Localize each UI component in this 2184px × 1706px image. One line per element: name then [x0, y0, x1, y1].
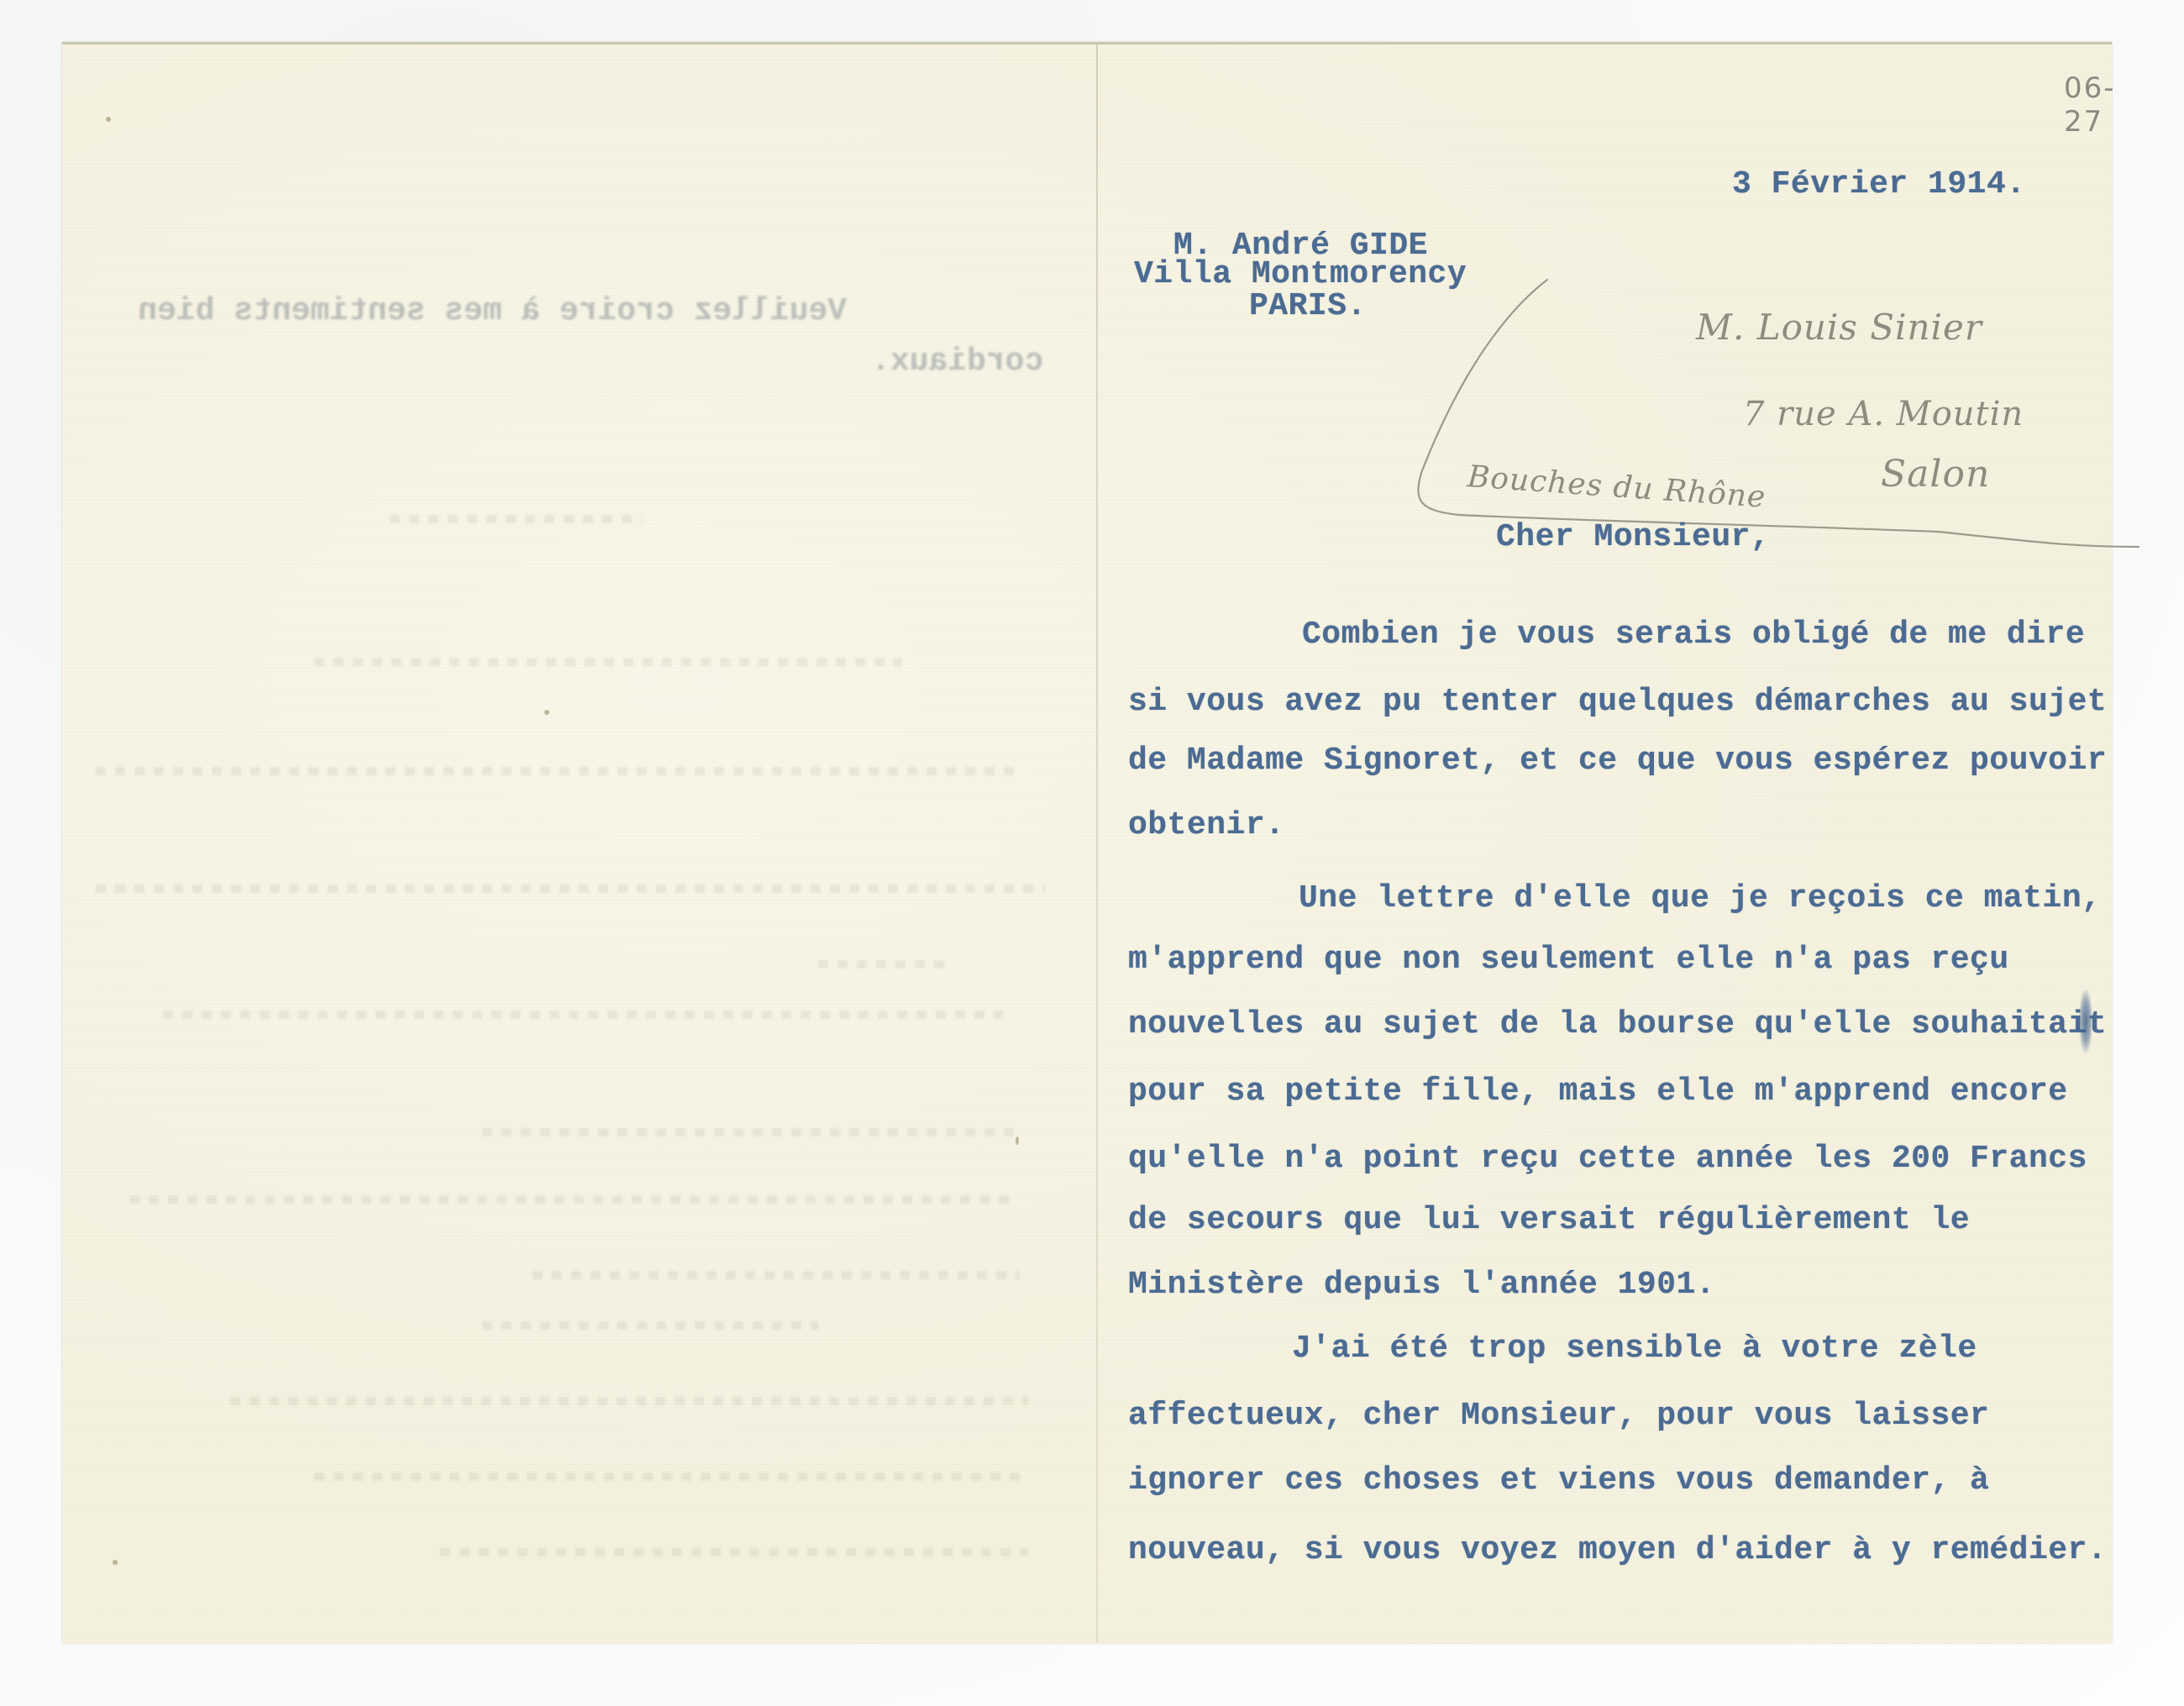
faint-impression — [390, 515, 642, 523]
body-line: ignorer ces choses et viens vous demande… — [1128, 1462, 1989, 1499]
body-line: nouveau, si vous voyez moyen d'aider à y… — [1128, 1532, 2107, 1569]
body-line: qu'elle n'a point reçu cette année les 2… — [1128, 1141, 2087, 1178]
body-line: Combien je vous serais obligé de me dire — [1302, 617, 2085, 654]
faint-impression — [96, 884, 1045, 893]
body-line: si vous avez pu tenter quelques démarche… — [1128, 684, 2107, 721]
paper-spot — [1016, 1136, 1019, 1145]
faint-impression — [482, 1321, 818, 1330]
faint-impression — [440, 1548, 1028, 1556]
faint-impression — [533, 1271, 1020, 1279]
ink-blot — [2079, 989, 2092, 1053]
mirrored-closing-line-1: Veuillez croire à mes sentiments bien — [111, 293, 847, 330]
body-line: nouvelles au sujet de la bourse qu'elle … — [1128, 1006, 2107, 1043]
right-page: 06-27 3 Février 1914. M. André GIDE Vill… — [1098, 45, 2112, 1643]
left-page: Veuillez croire à mes sentiments bien co… — [62, 45, 1096, 1643]
salutation: Cher Monsieur, — [1496, 519, 1770, 556]
faint-impression — [818, 960, 944, 968]
body-line: de secours que lui versait régulièrement… — [1128, 1202, 1970, 1239]
faint-impression — [314, 658, 902, 666]
body-line: J'ai été trop sensible à votre zèle — [1292, 1331, 1977, 1367]
body-line: obtenir. — [1128, 807, 1284, 844]
handwritten-address-name: M. Louis Sinier — [1696, 309, 1982, 346]
faint-impression — [314, 1472, 1028, 1481]
paper-spot — [106, 117, 111, 122]
body-line: de Madame Signoret, et ce que vous espér… — [1128, 743, 2107, 780]
body-line: m'apprend que non seulement elle n'a pas… — [1128, 942, 2009, 979]
handwritten-address-street: 7 rue A. Moutin — [1743, 396, 2024, 433]
letter-sheet: Veuillez croire à mes sentiments bien co… — [62, 42, 2112, 1643]
body-line: Une lettre d'elle que je reçois ce matin… — [1299, 880, 2101, 917]
paper-spot — [544, 710, 549, 715]
handwritten-address-town: Salon — [1881, 456, 1990, 493]
faint-impression — [129, 1195, 1011, 1204]
body-line: Ministère depuis l'année 1901. — [1128, 1267, 1715, 1304]
mirrored-closing-line-2: cordiaux. — [871, 344, 1043, 381]
faint-impression — [482, 1128, 1020, 1136]
faint-impression — [96, 767, 1020, 775]
faint-impression — [163, 1010, 1003, 1019]
body-line: pour sa petite fille, mais elle m'appren… — [1128, 1073, 2068, 1110]
body-line: affectueux, cher Monsieur, pour vous lai… — [1128, 1398, 1989, 1435]
faint-impression — [230, 1397, 1028, 1405]
paper-spot — [113, 1560, 118, 1565]
